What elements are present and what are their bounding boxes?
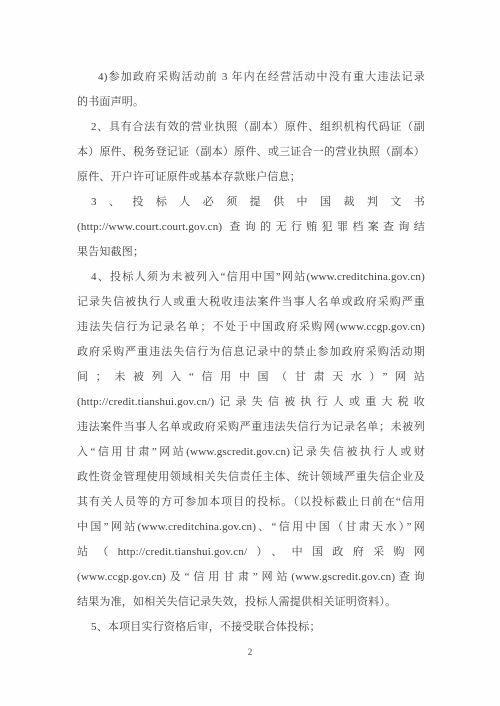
text-line: 3、投标人必须提供中国裁判文书	[77, 190, 425, 215]
text-line: 4)参加政府采购活动前 3 年内在经营活动中没有重大违法记录	[77, 65, 425, 90]
text-line: 本）原件、税务登记证（副本）原件、或三证合一的营业执照（副本）	[77, 140, 425, 165]
text-line: 入“信用甘肃”网站(www.gscredit.gov.cn)记录失信被执行人或财	[77, 440, 425, 465]
text-line: 站（http://credit.tianshui.gov.cn/）、中国政府采购…	[77, 540, 425, 565]
page-number: 2	[0, 645, 500, 659]
text-line: 结果为准，如相关失信记录失效，投标人需提供相关证明资料）。	[77, 590, 425, 615]
text-line: 5、本项目实行资格后审，不接受联合体投标；	[77, 615, 425, 640]
text-line: (www.ccgp.gov.cn)及“信用甘肃”网站(www.gscredit.…	[77, 565, 425, 590]
text-line: (http://www.court.court.gov.cn) 查询的无行贿犯罪…	[77, 215, 425, 240]
text-line: 违法案件当事人名单或政府采购严重违法失信行为记录名单；未被列	[77, 415, 425, 440]
text-line: 的书面声明。	[77, 90, 425, 115]
text-line: 果告知截图；	[77, 240, 425, 265]
document-body: 4)参加政府采购活动前 3 年内在经营活动中没有重大违法记录 的书面声明。 2、…	[77, 65, 425, 640]
text-line: 4、投标人须为未被列入“信用中国”网站(www.creditchina.gov.…	[77, 265, 425, 290]
text-line: 原件、开户许可证原件或基本存款账户信息；	[77, 165, 425, 190]
text-line: 间；未被列入“信用中国（甘肃天水）”网站	[77, 365, 425, 390]
text-line: 中国”网站(www.creditchina.gov.cn)、“信用中国（甘肃天水…	[77, 515, 425, 540]
text-line: 违法失信行为记录名单；不处于中国政府采购网(www.ccgp.gov.cn)	[77, 315, 425, 340]
text-line: 2、具有合法有效的营业执照（副本）原件、组织机构代码证（副	[77, 115, 425, 140]
text-line: 政性资金管理使用领域相关失信责任主体、统计领域严重失信企业及	[77, 465, 425, 490]
text-line: 记录失信被执行人或重大税收违法案件当事人名单或政府采购严重	[77, 290, 425, 315]
text-line: 政府采购严重违法失信行为信息记录中的禁止参加政府采购活动期	[77, 340, 425, 365]
text-line: (http://credit.tianshui.gov.cn/)记录失信被执行人…	[77, 390, 425, 415]
text-line: 其有关人员等的方可参加本项目的投标。（以投标截止日前在“信用	[77, 490, 425, 515]
document-page: 4)参加政府采购活动前 3 年内在经营活动中没有重大违法记录 的书面声明。 2、…	[0, 0, 500, 706]
